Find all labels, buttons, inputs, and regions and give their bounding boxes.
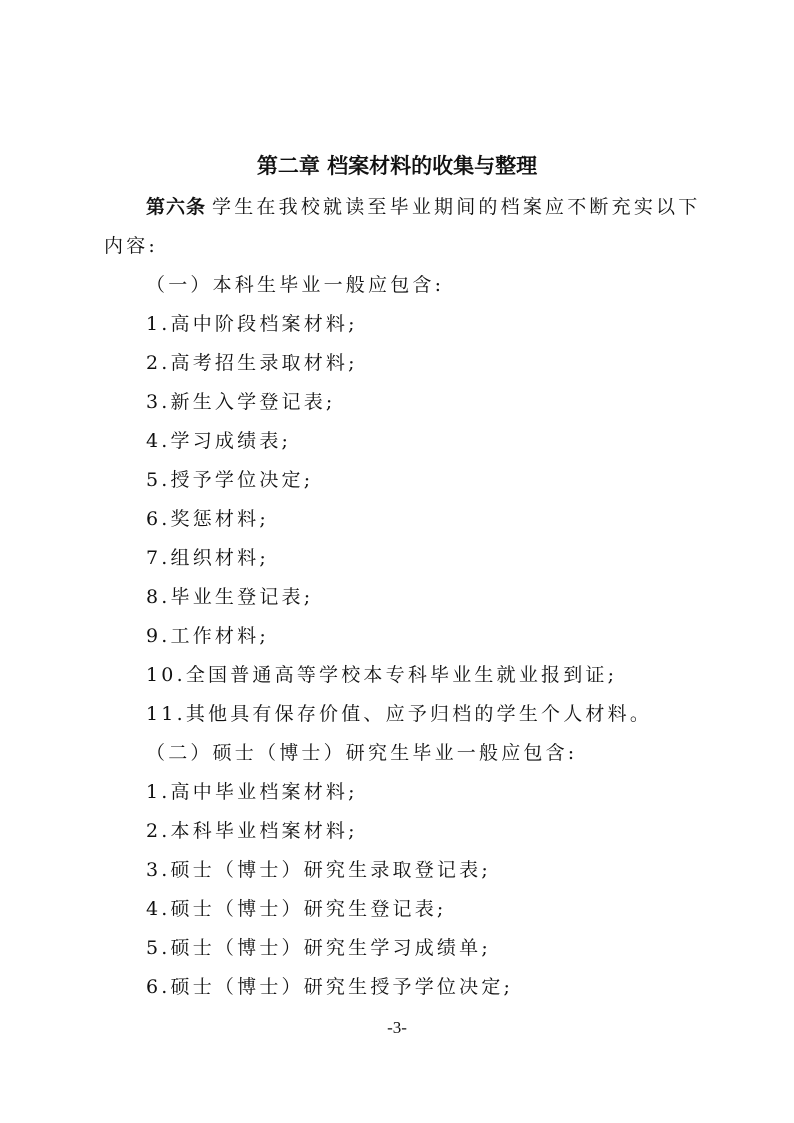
article-text: 学生在我校就读至毕业期间的档案应不断充实以下	[212, 196, 700, 218]
article-label: 第六条	[146, 196, 206, 218]
article-line-2: 内容:	[104, 231, 158, 258]
list-item: 9.工作材料;	[146, 621, 269, 648]
list-item: 4.学习成绩表;	[146, 426, 291, 453]
list-item: 4.硕士（博士）研究生登记表;	[146, 894, 447, 921]
list-item: 5.授予学位决定;	[146, 465, 313, 492]
list-item: 10.全国普通高等学校本专科毕业生就业报到证;	[146, 660, 617, 687]
section-heading-graduate: （二）硕士（博士）研究生毕业一般应包含:	[146, 738, 577, 765]
document-page: 第二章 档案材料的收集与整理 第六条学生在我校就读至毕业期间的档案应不断充实以下…	[0, 0, 794, 1123]
list-item: 2.本科毕业档案材料;	[146, 816, 358, 843]
list-item: 7.组织材料;	[146, 543, 269, 570]
page-number: -3-	[0, 1018, 794, 1038]
list-item: 3.新生入学登记表;	[146, 387, 336, 414]
list-item: 1.高中毕业档案材料;	[146, 777, 358, 804]
article-line-1: 第六条学生在我校就读至毕业期间的档案应不断充实以下	[146, 192, 700, 219]
list-item: 5.硕士（博士）研究生学习成绩单;	[146, 933, 491, 960]
list-item: 8.毕业生登记表;	[146, 582, 313, 609]
chapter-title: 第二章 档案材料的收集与整理	[0, 150, 794, 180]
list-item: 11.其他具有保存价值、应予归档的学生个人材料。	[146, 699, 652, 726]
list-item: 6.硕士（博士）研究生授予学位决定;	[146, 972, 513, 999]
list-item: 2.高考招生录取材料;	[146, 348, 358, 375]
list-item: 3.硕士（博士）研究生录取登记表;	[146, 855, 491, 882]
list-item: 1.高中阶段档案材料;	[146, 309, 358, 336]
section-heading-undergrad: （一）本科生毕业一般应包含:	[146, 270, 444, 297]
list-item: 6.奖惩材料;	[146, 504, 269, 531]
